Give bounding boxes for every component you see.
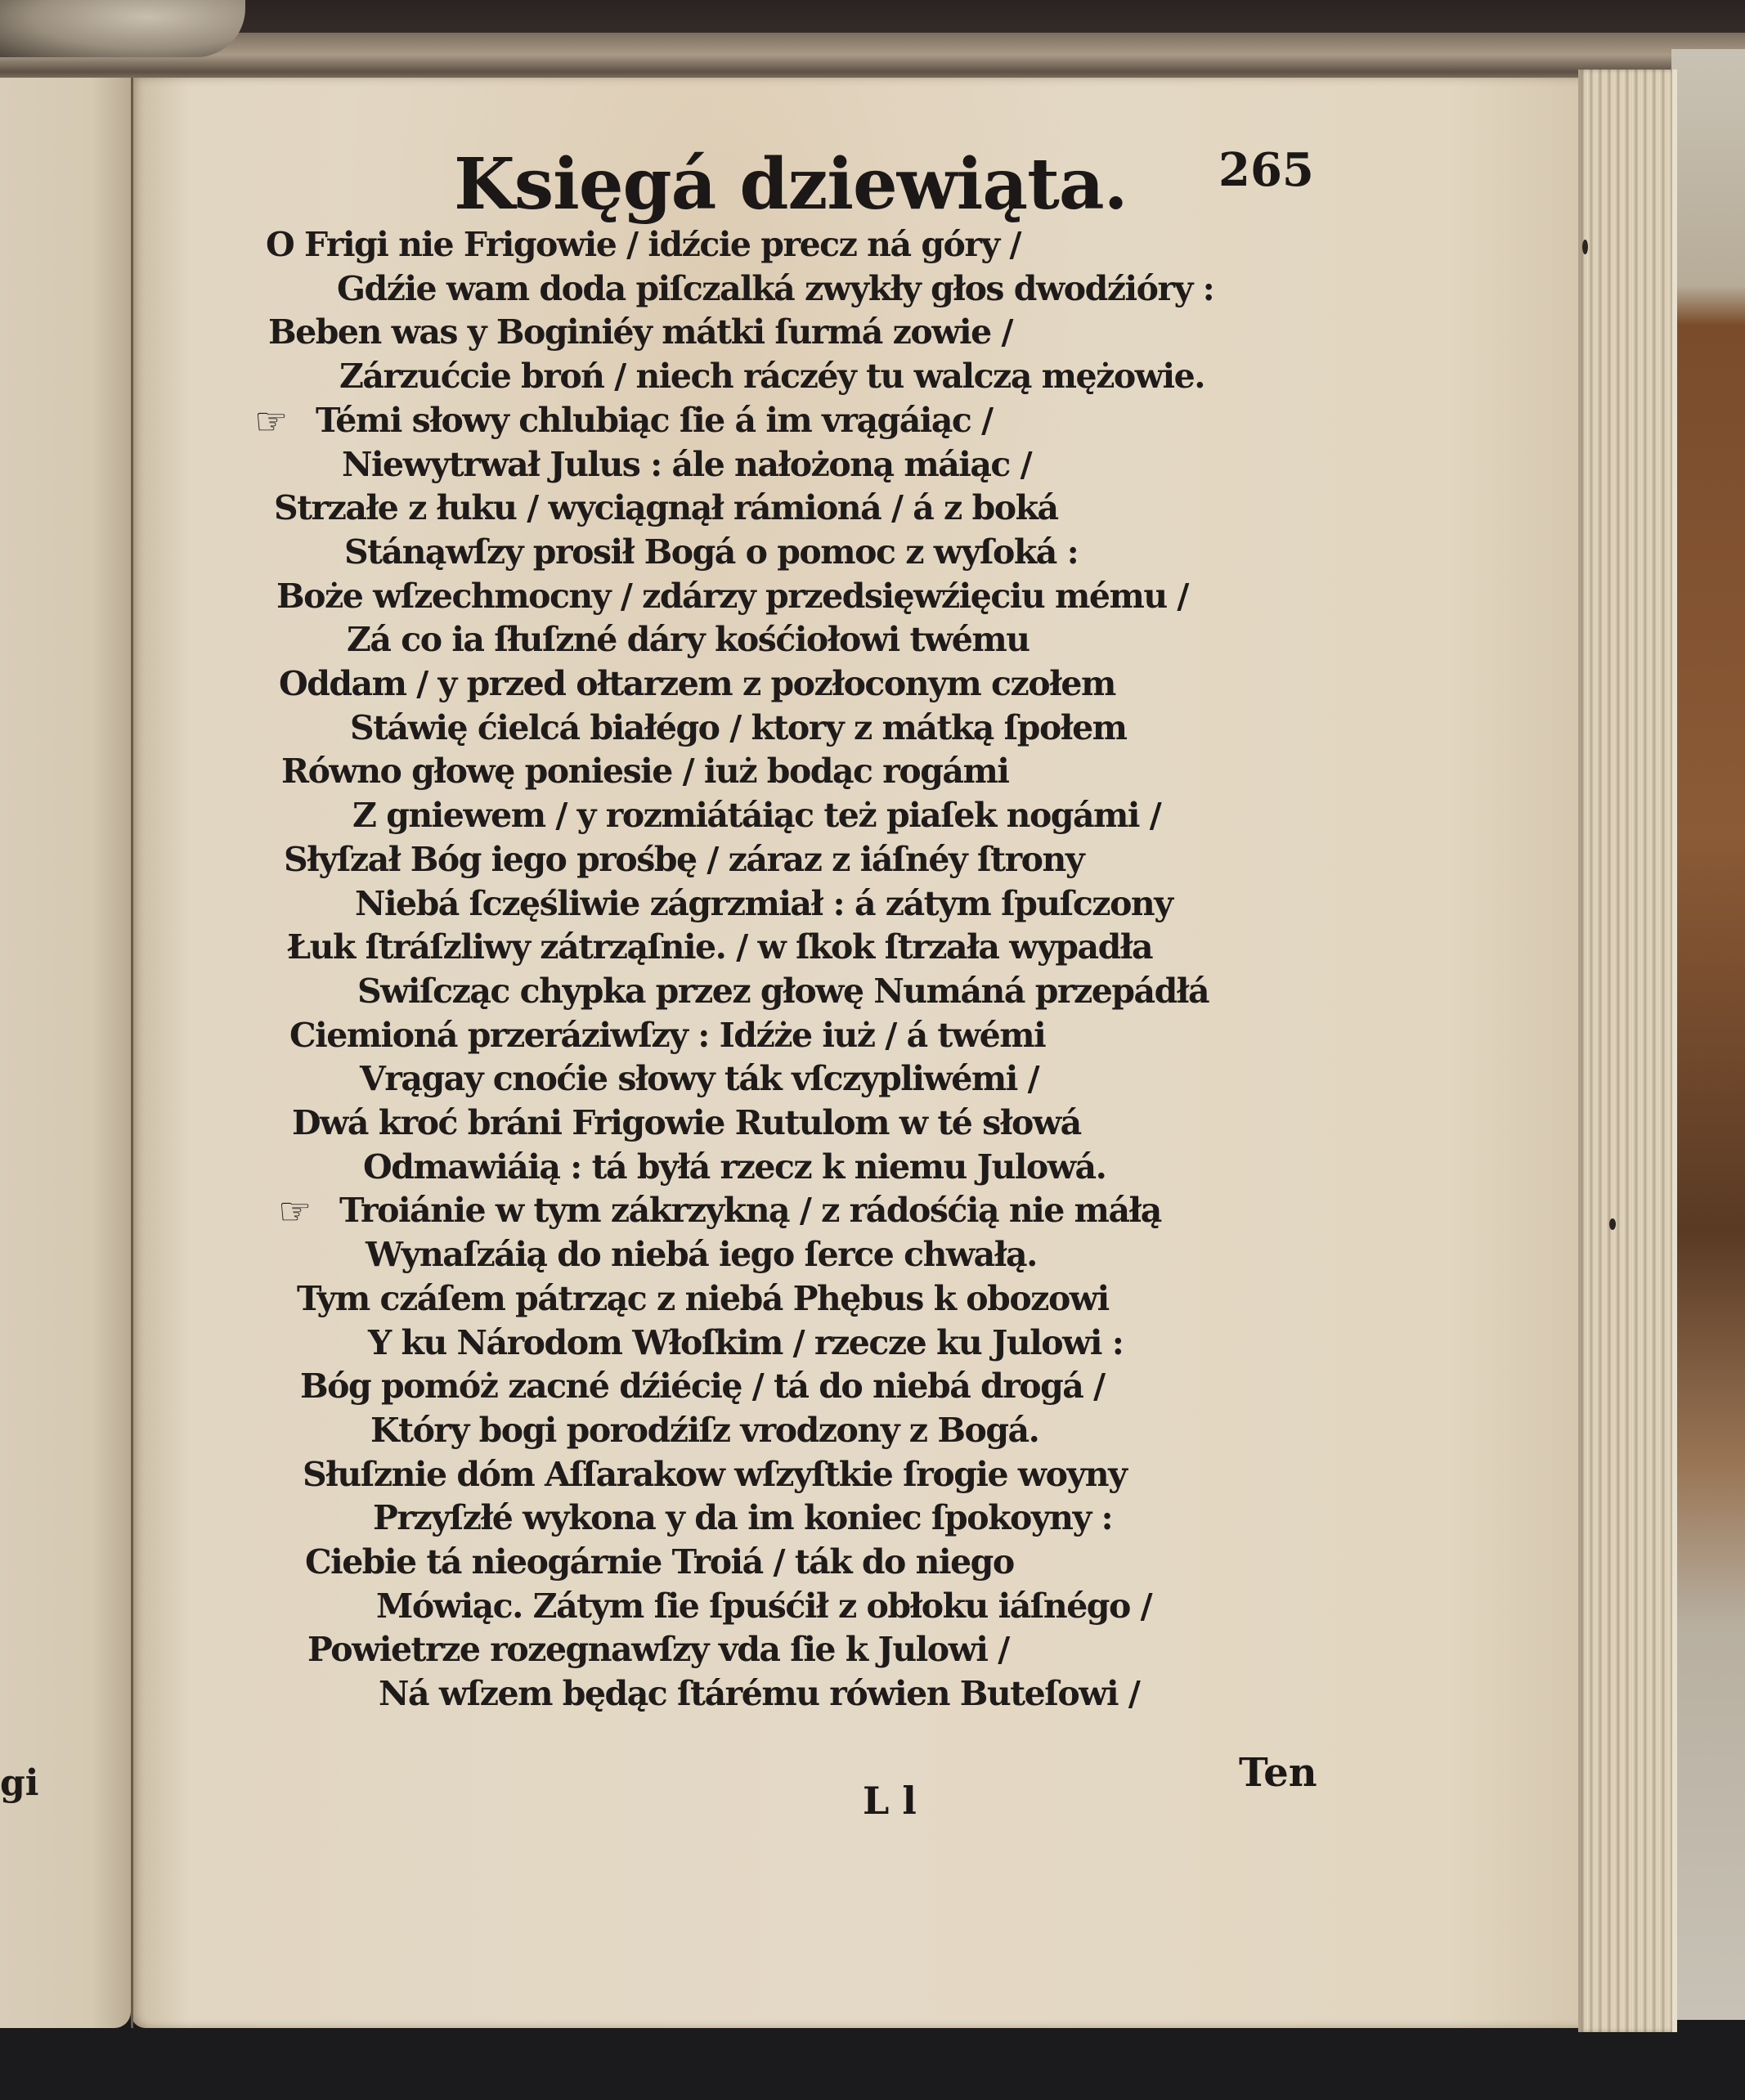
- page-content: Księgá dziewiąta. 265 O Frigi nie Frigow…: [131, 78, 1595, 2028]
- book-top-edge: [0, 33, 1745, 82]
- verse-line: Który bogi porodźiſz vrodzony z Bogá.: [370, 1411, 1038, 1450]
- ink-speck: [1582, 240, 1588, 254]
- running-head: Księgá dziewiąta.: [454, 143, 1128, 226]
- verse-line: Bóg pomóż zacné dźiécię / tá do niebá dr…: [300, 1366, 1105, 1406]
- signature-mark: L l: [863, 1779, 917, 1823]
- verse-line: Gdźie wam doda piſczalká zwykły głos dwo…: [337, 269, 1213, 308]
- verse-line: Mówiąc. Zátym ſie ſpuśćił z obłoku iáſné…: [376, 1586, 1151, 1626]
- backdrop-bottom: [0, 2020, 1745, 2100]
- verse-line: Boże wſzechmocny / zdárzy przedsięwźięci…: [276, 577, 1188, 616]
- left-page-fragment: gi: [0, 1762, 38, 1804]
- verse-line: Ná wſzem będąc ſtárému rówien Buteſowi /: [379, 1674, 1139, 1713]
- verse-line: Równo głowę poniesie / iuż bodąc rogámi: [281, 752, 1008, 791]
- verse-line: O Frigi nie Frigowie / idźcie precz ná g…: [266, 225, 1021, 264]
- verse-line: Wynaſzáią do niebá iego ſerce chwałą.: [366, 1235, 1037, 1274]
- verse-line: Łuk ſtráſzliwy zátrząſnie. / w ſkok ſtrz…: [287, 927, 1152, 967]
- verse-line: Słyſzał Bóg iego prośbę / záraz z iáſnéy…: [284, 840, 1083, 879]
- verse-line: Oddam / y przed ołtarzem z pozłoconym cz…: [279, 664, 1115, 703]
- pointing-hand-icon: ☞: [278, 1189, 312, 1233]
- verse-line: Troiánie w tym zákrzykną / z rádośćią ni…: [339, 1191, 1161, 1230]
- verse-line: Strzałe z łuku / wyciągnął rámioná / á z…: [274, 488, 1058, 527]
- verse-line: Vrągay cnoćie słowy ták vſczypliwémi /: [360, 1059, 1038, 1098]
- verse-line: Powietrze rozegnawſzy vda ſie k Julowi /: [307, 1630, 1009, 1669]
- verse-line: Niebá ſczęśliwie zágrzmiał : á zátym ſpu…: [355, 884, 1173, 923]
- verse-line: Stánąwſzy prosił Bogá o pomoc z wyſoká :: [344, 532, 1078, 572]
- verse-line: Ciebie tá nieogárnie Troiá / ták do nieg…: [305, 1542, 1014, 1582]
- ink-speck: [1609, 1218, 1616, 1230]
- verse-line: Témi słowy chlubiąc ſie á im vrągáiąc /: [316, 401, 993, 440]
- left-page: [0, 78, 131, 2028]
- scan-scene: gi Księgá dziewiąta. 265 O Frigi nie Fri…: [0, 0, 1745, 2100]
- verse-line: Zá co ia ſłuſzné dáry kośćiołowi twému: [347, 620, 1030, 659]
- verse-line: Niewytrwał Julus : ále nałożoną máiąc /: [342, 445, 1031, 484]
- verse-line: Odmawiáią : tá byłá rzecz k niemu Julowá…: [363, 1147, 1106, 1187]
- verse-line: Y ku Národom Włoſkim / rzecze ku Julowi …: [368, 1323, 1123, 1362]
- catchword: Ten: [1239, 1750, 1317, 1796]
- verse-line: Swiſcząc chypka przez głowę Numáná przep…: [357, 971, 1209, 1011]
- verse-line: Stáwię ćielcá białégo / ktory z mátką ſp…: [350, 708, 1127, 747]
- verse-line: Dwá kroć bráni Frigowie Rutulom w té sło…: [292, 1103, 1081, 1142]
- binding-cloth: [0, 0, 245, 57]
- verse-line: Słuſznie dóm Aſſarakow wſzyſtkie ſrogie …: [303, 1455, 1126, 1494]
- page-number: 265: [1218, 143, 1314, 197]
- marbled-cover-board: [1671, 49, 1745, 2020]
- verse-line: Tym czáſem pátrząc z niebá Phębus k oboz…: [297, 1279, 1109, 1318]
- verse-line: Przyſzłé wykona y da im koniec ſpokoyny …: [373, 1498, 1112, 1537]
- verse-line: Zárzućcie broń / niech ráczéy tu walczą …: [339, 357, 1204, 396]
- verse-line: Ciemioná przeráziwſzy : Idźże iuż / á tw…: [289, 1016, 1045, 1055]
- verse-line: Z gniewem / y rozmiátáiąc też piaſek nog…: [352, 796, 1160, 835]
- pointing-hand-icon: ☞: [254, 399, 288, 443]
- verse-line: Beben was y Boginiéy mátki ſurmá zowie /: [268, 312, 1012, 352]
